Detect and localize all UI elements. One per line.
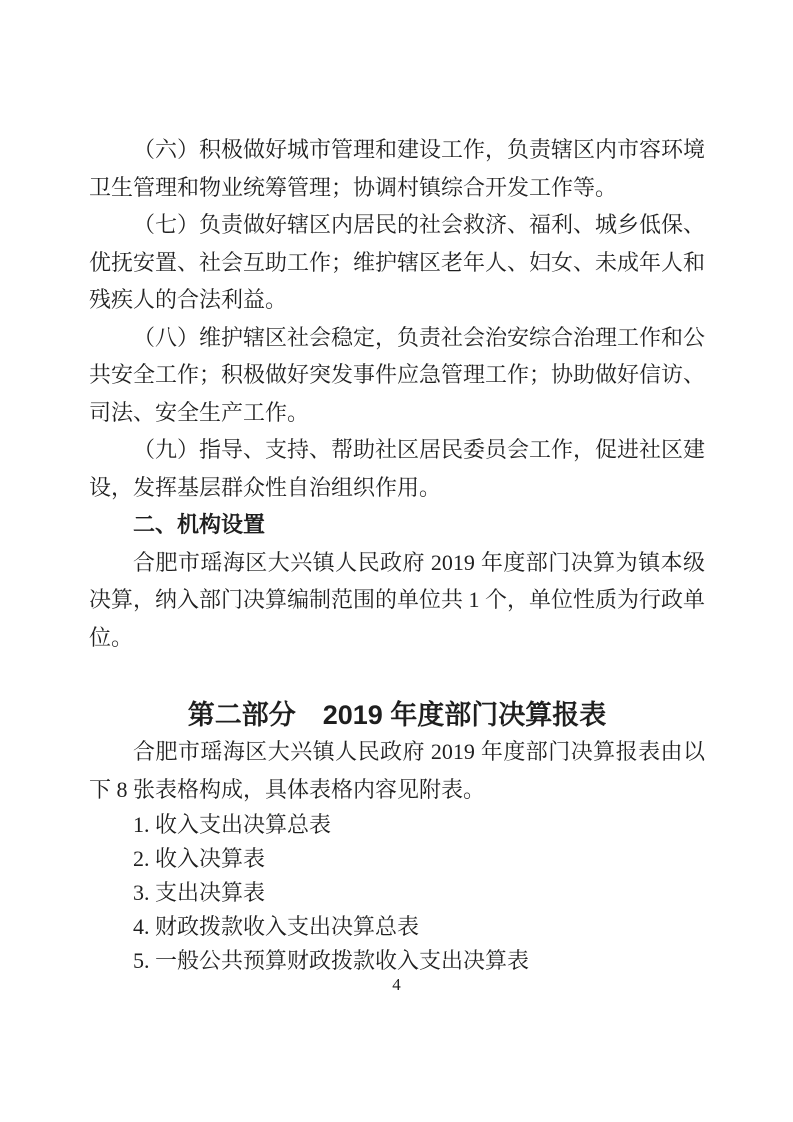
org-setup-heading: 二、机构设置 xyxy=(89,506,705,544)
table-list-item-3: 3. 支出决算表 xyxy=(89,876,705,910)
duty-paragraph-9: （九）指导、支持、帮助社区居民委员会工作，促进社区建设，发挥基层群众性自治组织作… xyxy=(89,431,705,506)
page-number: 4 xyxy=(0,973,793,997)
org-setup-paragraph: 合肥市瑶海区大兴镇人民政府 2019 年度部门决算为镇本级决算，纳入部门决算编制… xyxy=(89,544,705,657)
duty-paragraph-7: （七）负责做好辖区内居民的社会救济、福利、城乡低保、优抚安置、社会互助工作；维护… xyxy=(89,206,705,319)
document-page: （六）积极做好城市管理和建设工作，负责辖区内市容环境卫生管理和物业统筹管理；协调… xyxy=(0,0,793,1122)
report-table-list: 1. 收入支出决算总表 2. 收入决算表 3. 支出决算表 4. 财政拨款收入支… xyxy=(89,808,705,978)
table-list-item-4: 4. 财政拨款收入支出决算总表 xyxy=(89,910,705,944)
duty-paragraph-6: （六）积极做好城市管理和建设工作，负责辖区内市容环境卫生管理和物业统筹管理；协调… xyxy=(89,131,705,206)
page-body: （六）积极做好城市管理和建设工作，负责辖区内市容环境卫生管理和物业统筹管理；协调… xyxy=(89,131,705,978)
part-two-heading: 第二部分 2019 年度部门决算报表 xyxy=(89,697,705,733)
table-list-item-1: 1. 收入支出决算总表 xyxy=(89,808,705,842)
duty-paragraph-8: （八）维护辖区社会稳定，负责社会治安综合治理工作和公共安全工作；积极做好突发事件… xyxy=(89,319,705,432)
table-list-item-2: 2. 收入决算表 xyxy=(89,842,705,876)
part-two-intro-paragraph: 合肥市瑶海区大兴镇人民政府 2019 年度部门决算报表由以下 8 张表格构成，具… xyxy=(89,733,705,808)
